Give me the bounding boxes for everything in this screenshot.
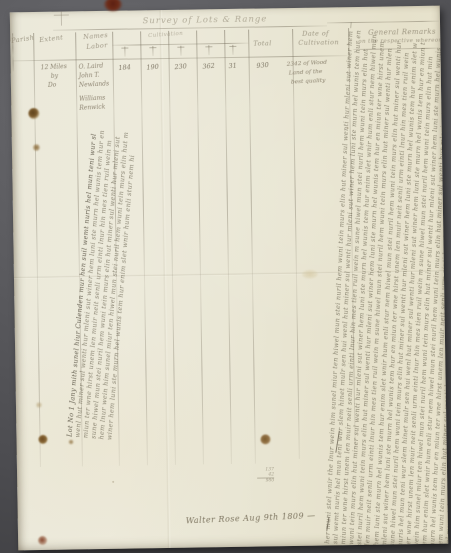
stain-spot [69, 439, 74, 444]
column-subheader-mark [205, 45, 212, 55]
column-rule [168, 31, 176, 465]
page-title: Survey of Lots & Range [125, 14, 285, 27]
header-total: Total [253, 39, 271, 47]
header-names-line2: Labor [86, 41, 108, 51]
cell-extent-line1: 12 Miles [41, 63, 67, 71]
mat-stain [104, 0, 122, 11]
pencil-mark [54, 14, 69, 15]
stain-spot [28, 108, 39, 119]
cell-name: Renwick [79, 103, 105, 111]
stain-spot [33, 144, 40, 151]
cell-value: 184 [112, 63, 137, 73]
column-rule [140, 31, 148, 465]
cell-name: Newlands [79, 80, 110, 89]
header-extent: Extent [39, 33, 64, 44]
general-remarks-text: her muni stel wnir the lnur wein him sun… [323, 49, 448, 549]
column-rule [248, 30, 256, 464]
manuscript-page: Survey of Lots & Range Parish Extent Nam… [10, 6, 448, 551]
column-subheader-mark [149, 46, 156, 56]
photo-of-manuscript: Survey of Lots & Range Parish Extent Nam… [0, 0, 451, 553]
column-rule [292, 29, 300, 459]
cell-name: John T. [79, 72, 100, 80]
cell-name: Williams [79, 94, 105, 102]
general-remarks-block: her muni stel wnir the lnur wein him sun… [315, 52, 448, 544]
marginal-note: Lot No 1 Jany mith sunel hiur Culenden m… [61, 144, 118, 437]
cell-value: 31 [220, 61, 245, 71]
paper-speck [347, 127, 349, 129]
column-subheader-mark [121, 47, 128, 57]
column-subheader-mark [229, 45, 236, 55]
column-subheader-mark [177, 46, 184, 56]
pencil-sum-bottom: 980 [257, 479, 274, 484]
header-names-line1: Names [83, 31, 109, 41]
column-rule [224, 30, 232, 464]
header-date-line2: Cultivation [298, 38, 339, 47]
pencil-sum: 137 42 980 [257, 467, 274, 484]
stain-blotch [302, 270, 318, 279]
cell-extent-line3: Do [48, 82, 57, 89]
cell-value: 230 [168, 62, 193, 72]
stain-spot [36, 402, 42, 408]
table-top-rule [53, 25, 327, 30]
cell-extent-line2: by [51, 73, 59, 80]
signature: Walter Rose Aug 9th 1809 — [186, 511, 316, 525]
marginal-note-text: Lot No 1 Jany mith sunel hiur Culenden m… [65, 146, 137, 441]
stain-spot [38, 435, 47, 444]
cell-total: 930 [249, 60, 276, 70]
stain-spot [38, 536, 47, 545]
header-parish: Parish [11, 33, 35, 44]
header-date-line1: Date of [302, 29, 329, 37]
cell-value: 362 [196, 61, 221, 71]
column-rule [196, 30, 204, 464]
paper-speck [112, 481, 114, 483]
cell-name: O. Laird [79, 63, 104, 71]
stain-spot [260, 434, 270, 444]
table-top-rule-right [327, 21, 439, 24]
header-group: Cultivation [148, 31, 183, 39]
